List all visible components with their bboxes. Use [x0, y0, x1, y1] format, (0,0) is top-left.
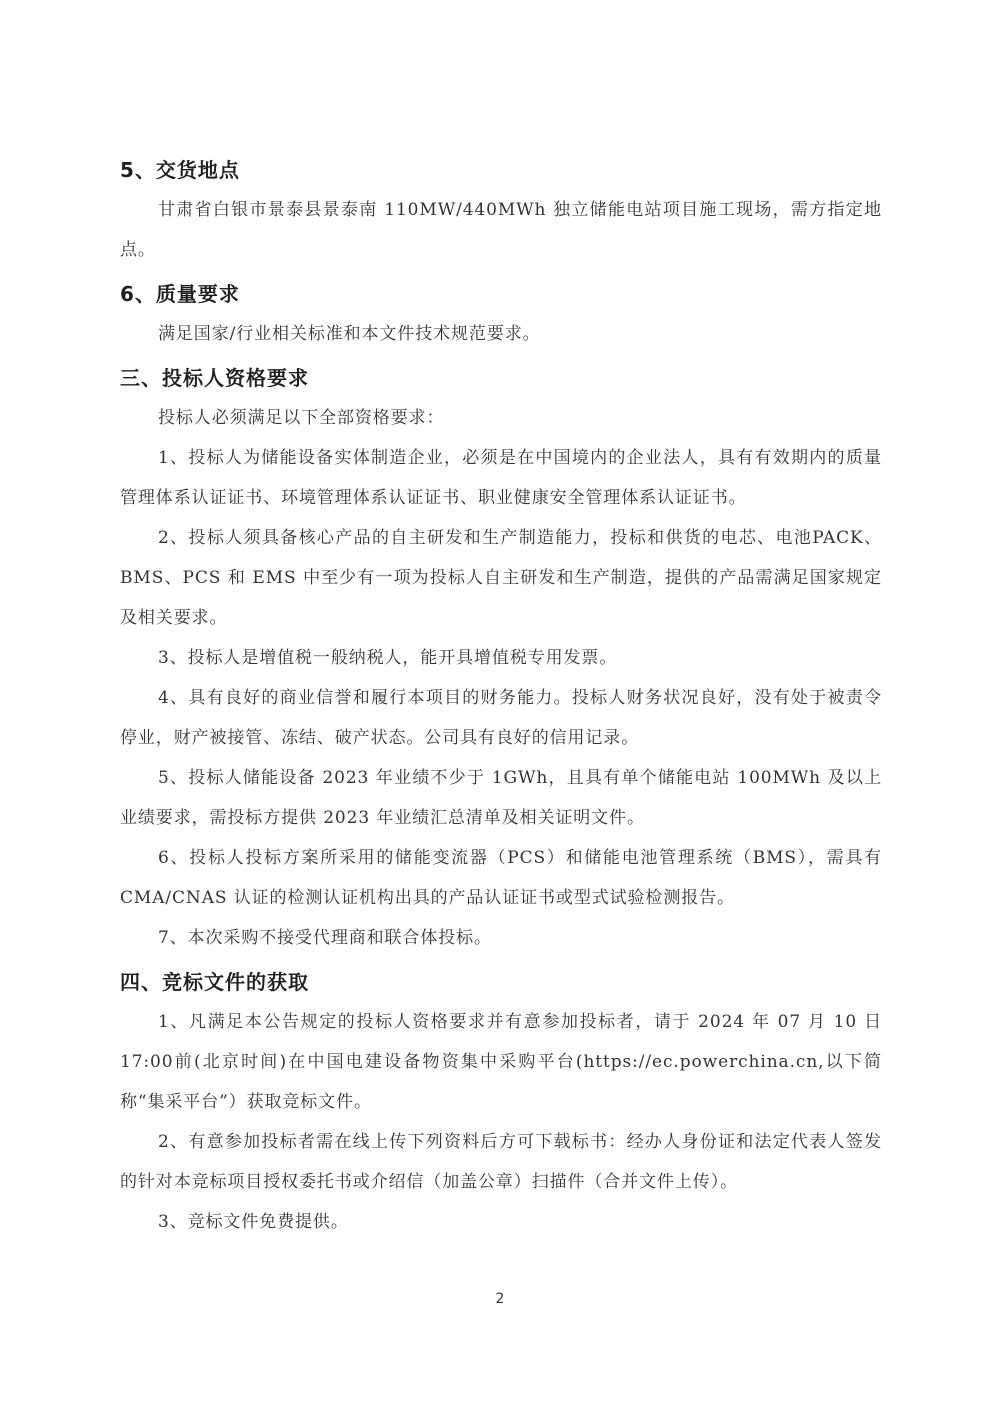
qualification-item: 5、投标人储能设备 2023 年业绩不少于 1GWh，且具有单个储能电站 100… [120, 758, 882, 838]
qualification-item: 4、具有良好的商业信誉和履行本项目的财务能力。投标人财务状况良好，没有处于被责令… [120, 678, 882, 758]
qualification-item: 3、投标人是增值税一般纳税人，能开具增值税专用发票。 [120, 638, 882, 678]
qualification-item: 7、本次采购不接受代理商和联合体投标。 [120, 918, 882, 958]
heading-bid-document-acquisition: 四、竞标文件的获取 [120, 962, 882, 1002]
heading-delivery-location: 5、交货地点 [120, 150, 882, 190]
document-page: 5、交货地点 甘肃省白银市景泰县景泰南 110MW/440MWh 独立储能电站项… [120, 150, 882, 1242]
bid-document-item: 3、竞标文件免费提供。 [120, 1202, 882, 1242]
qualification-intro: 投标人必须满足以下全部资格要求： [120, 398, 882, 438]
heading-quality-requirements: 6、质量要求 [120, 274, 882, 314]
page-number: 2 [0, 1291, 1000, 1307]
qualification-item: 2、投标人须具备核心产品的自主研发和生产制造能力，投标和供货的电芯、电池PACK… [120, 518, 882, 638]
bid-document-item: 2、有意参加投标者需在线上传下列资料后方可下载标书：经办人身份证和法定代表人签发… [120, 1122, 882, 1202]
qualification-item: 6、投标人投标方案所采用的储能变流器（PCS）和储能电池管理系统（BMS），需具… [120, 838, 882, 918]
bid-document-item: 1、凡满足本公告规定的投标人资格要求并有意参加投标者，请于 2024 年 07 … [120, 1002, 882, 1122]
quality-requirements-text: 满足国家/行业相关标准和本文件技术规范要求。 [120, 314, 882, 354]
qualification-item: 1、投标人为储能设备实体制造企业，必须是在中国境内的企业法人，具有有效期内的质量… [120, 438, 882, 518]
heading-bidder-qualifications: 三、投标人资格要求 [120, 358, 882, 398]
delivery-location-text: 甘肃省白银市景泰县景泰南 110MW/440MWh 独立储能电站项目施工现场，需… [120, 190, 882, 270]
